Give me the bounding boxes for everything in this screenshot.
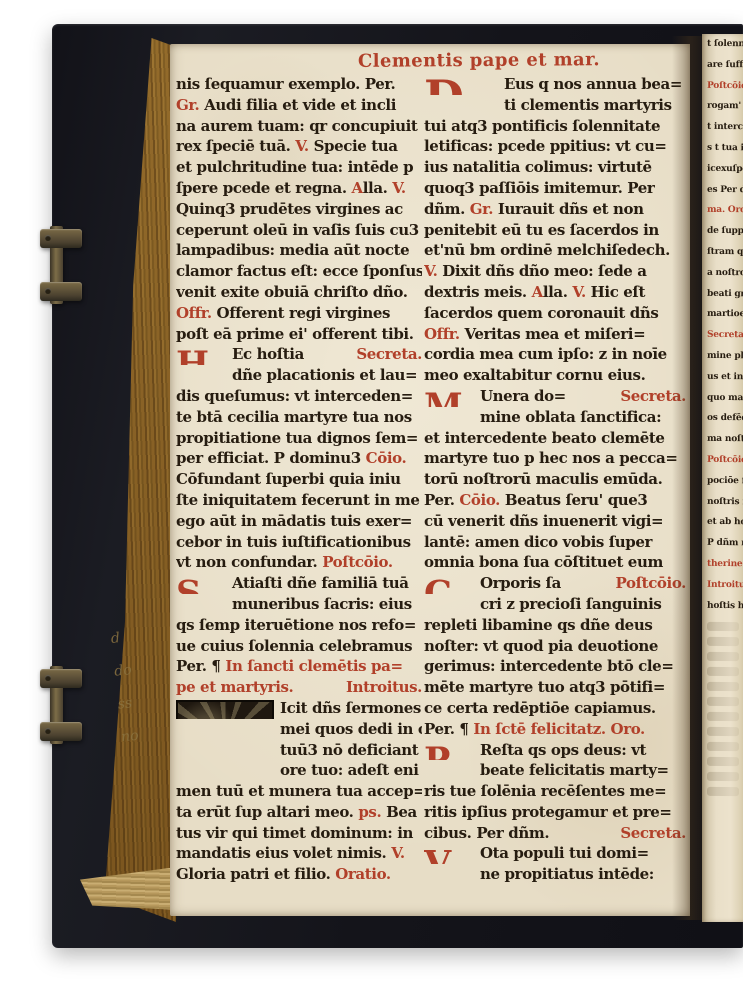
edge-text-fragment bbox=[707, 712, 739, 721]
text-line: Cōfundant ſuperbi quia iniu bbox=[176, 469, 422, 490]
text-line: ius natalitia colimus: virtutē bbox=[424, 157, 686, 178]
text-column-left: nis ſequamur exemplo. Per.Gr. Audi filia… bbox=[176, 74, 422, 894]
text-line: ego aūt in mādatis tuis exer= bbox=[176, 511, 422, 532]
clasp-stud bbox=[45, 728, 51, 734]
text-line: DEus q nos annua bea= bbox=[424, 74, 686, 95]
text-line: ſte iniquitatem fecerunt in me bbox=[176, 490, 422, 511]
edge-text-fragment bbox=[707, 637, 739, 646]
woodcut-initial: D bbox=[176, 700, 274, 719]
text-line: quoq3 paſſiōis imitemur. Per bbox=[424, 178, 686, 199]
running-title: Clementis pape et mar. bbox=[358, 49, 600, 72]
drop-cap-initial: M bbox=[424, 387, 476, 407]
text-line: HEc hoſtiaSecreta. bbox=[176, 344, 422, 365]
text-line: Per. ¶ In ſancti clemētis pa= bbox=[176, 656, 422, 677]
text-line: ue cuius ſolennia celebramus bbox=[176, 636, 422, 657]
edge-text-fragment: ma noſtrum bbox=[702, 429, 743, 450]
text-line: poſt eā prime ei' offerent tibi. bbox=[176, 324, 422, 345]
text-line: cordia mea cum ipſo: z in noīe bbox=[424, 344, 686, 365]
clasp-stud bbox=[45, 288, 51, 294]
edge-text-fragment: are ſuffra= bbox=[702, 55, 743, 76]
drop-cap-initial: V bbox=[424, 844, 476, 864]
edge-text-fragment: de ſupplicatiō= bbox=[702, 221, 743, 242]
text-line: ris tue ſolēnia recēſentes me= bbox=[424, 781, 686, 802]
edge-text-fragment: Secreta. bbox=[702, 325, 743, 346]
text-line: tuū3 nō deficiant de bbox=[176, 740, 422, 761]
text-line: pe et martyris.Introitus. bbox=[176, 677, 422, 698]
edge-text-fragment: icexuſpe= bbox=[702, 159, 743, 180]
edge-text-fragment: t intercedē bbox=[702, 117, 743, 138]
text-line: muneribus ſacris: eius bbox=[176, 594, 422, 615]
edge-text-fragment: quo marty= bbox=[702, 387, 743, 408]
text-line: mēte martyre tuo atq3 pōtifi= bbox=[424, 677, 686, 698]
text-line: lantē: amen dico vobis ſuper bbox=[424, 532, 686, 553]
text-line: noſter: vt quod pia deuotione bbox=[424, 636, 686, 657]
text-line: dis queſumus: vt interceden= bbox=[176, 386, 422, 407]
text-line: Quinq3 prudētes virgines ac bbox=[176, 199, 422, 220]
edge-text-fragment: Poſtcōio. bbox=[702, 450, 743, 471]
text-line: omnia bona ſua cōſtituet eum bbox=[424, 552, 686, 573]
text-line: tui atq3 pontificis ſolennitate bbox=[424, 116, 686, 137]
text-column-right: DEus q nos annua bea=ti clementis martyr… bbox=[424, 74, 686, 894]
text-line: torū noſtrorū maculis emūda. bbox=[424, 469, 686, 490]
edge-text-fragment bbox=[707, 697, 739, 706]
text-line: et'nū bm ordinē melchiſedech. bbox=[424, 240, 686, 261]
text-line: beate felicitatis marty= bbox=[424, 760, 686, 781]
text-line: lampadibus: media aūt nocte bbox=[176, 240, 422, 261]
edge-text-fragment: P dñm nrm. bbox=[702, 533, 743, 554]
text-line: mine oblata ſanctifica: bbox=[424, 407, 686, 428]
clasp-stud bbox=[45, 235, 51, 241]
text-line: DIcit dñs ſermones bbox=[176, 698, 422, 719]
text-line: martyre tuo p hec nos a pecca= bbox=[424, 448, 686, 469]
text-line: SAtiaſti dñe familiā tuā bbox=[176, 573, 422, 594]
text-line: ceperunt oleū in vaſis ſuis cu3 bbox=[176, 220, 422, 241]
edge-text-fragment: martioe lo= bbox=[702, 304, 743, 325]
clasp-bottom bbox=[34, 666, 92, 744]
text-line: nis ſequamur exemplo. Per. bbox=[176, 74, 422, 95]
book-photograph: Clementis pape et mar. nis ſequamur exem… bbox=[0, 0, 743, 1000]
text-line: Offr. Veritas mea et miſeri= bbox=[424, 324, 686, 345]
text-line: ti clementis martyris bbox=[424, 95, 686, 116]
text-line: et intercedente beato clemēte bbox=[424, 428, 686, 449]
edge-text-fragment: therine virg= bbox=[702, 554, 743, 575]
text-line: ce certa redēptiōe capiamus. bbox=[424, 698, 686, 719]
text-line: VOta populi tui domi= bbox=[424, 843, 686, 864]
text-line: et pulchritudine tua: intēde p bbox=[176, 157, 422, 178]
drop-cap-initial: S bbox=[176, 574, 228, 594]
edge-text-fragment: os defēde pe= bbox=[702, 408, 743, 429]
text-line: propitiatione tua dignos ſem= bbox=[176, 428, 422, 449]
text-line: vt non confundar. Poſtcōio. bbox=[176, 552, 422, 573]
text-line: Offr. Offerent regi virgines bbox=[176, 303, 422, 324]
text-line: qs ſemp iteruētione nos refo= bbox=[176, 615, 422, 636]
text-line: rex ſpeciē tuā. V. Specie tua bbox=[176, 136, 422, 157]
text-line: ſacerdos quem coronauit dñs bbox=[424, 303, 686, 324]
text-line: cū venerit dñs inuenerit vigi= bbox=[424, 511, 686, 532]
text-line: COrporis ſaPoſtcōio. bbox=[424, 573, 686, 594]
drop-cap-initial: C bbox=[424, 574, 476, 594]
edge-text-fragment bbox=[707, 622, 739, 631]
edge-text-fragment: rogam' oi bbox=[702, 96, 743, 117]
text-line: ſpere pcede et regna. Alla. V. bbox=[176, 178, 422, 199]
edge-text-fragment bbox=[707, 787, 739, 796]
text-line: mandatis eius volet nimis. V. bbox=[176, 843, 422, 864]
edge-text-fragment bbox=[707, 757, 739, 766]
text-line: venit exite obuiā chriſto dño. bbox=[176, 282, 422, 303]
text-line: Gloria patri et filio. Oratio. bbox=[176, 864, 422, 885]
text-line: cibus. Per dñm.Secreta. bbox=[424, 823, 686, 844]
text-line: men tuū et munera tua accep= bbox=[176, 781, 422, 802]
text-line: mei quos dedi in os bbox=[176, 719, 422, 740]
text-line: Per. ¶ In ſctē felicitatz. Oro. bbox=[424, 719, 686, 740]
drop-cap-initial: H bbox=[176, 345, 228, 365]
edge-text-fragment: es Per dñm bbox=[702, 179, 743, 200]
text-line: repleti libamine qs dñe deus bbox=[424, 615, 686, 636]
text-line: meo exaltabitur cornu eius. bbox=[424, 365, 686, 386]
clasp-arm bbox=[40, 722, 82, 741]
text-line: penitebit eū tu es ſacerdos in bbox=[424, 220, 686, 241]
text-line: Gr. Audi filia et vide et incli bbox=[176, 95, 422, 116]
edge-text-fragment: us et interce bbox=[702, 367, 743, 388]
edge-text-fragment: t ſolennia bbox=[702, 34, 743, 55]
clasp-arm bbox=[40, 229, 82, 248]
marginalia-line: do bbox=[113, 650, 168, 688]
edge-text-fragment: hoſtis hoſthe bbox=[702, 595, 743, 616]
edge-text-fragment bbox=[707, 772, 739, 781]
text-line: ta erūt ſup altari meo. ps. Bea bbox=[176, 802, 422, 823]
text-line: dextris meis. Alla. V. Hic eſt bbox=[424, 282, 686, 303]
text-line: V. Dixit dñs dño meo: ſede a bbox=[424, 261, 686, 282]
text-line: dñe placationis et lau= bbox=[176, 365, 422, 386]
left-page: Clementis pape et mar. nis ſequamur exem… bbox=[170, 44, 690, 916]
edge-text-fragment: a noſtros eſte bbox=[702, 263, 743, 284]
clasp-stud bbox=[45, 675, 51, 681]
text-line: tus vir qui timet dominum: in bbox=[176, 823, 422, 844]
text-line: na aurem tuam: qr concupiuit bbox=[176, 116, 422, 137]
text-line: PReſta qs ops deus: vt bbox=[424, 740, 686, 761]
drop-cap-initial: P bbox=[424, 741, 476, 761]
edge-text-fragment: ſtram qui ce bbox=[702, 242, 743, 263]
edge-text-fragment: et ab hoſtiū li bbox=[702, 512, 743, 533]
edge-text-fragment bbox=[707, 742, 739, 751]
facing-page-edge: t ſolenniaare ſuffra=Poſtcōio.rogam' oit… bbox=[702, 34, 743, 922]
edge-text-fragment: mine placa bbox=[702, 346, 743, 367]
text-line: ore tuo: adeſt eni no bbox=[176, 760, 422, 781]
edge-text-fragment bbox=[707, 682, 739, 691]
text-line: ritis ipſius protegamur et pre= bbox=[424, 802, 686, 823]
edge-text-fragment: s t tua in no= bbox=[702, 138, 743, 159]
text-line: ne propitiatus intēde: bbox=[424, 864, 686, 885]
marginalia-line: d bbox=[109, 618, 164, 656]
marginalia-line: no bbox=[120, 716, 175, 754]
clasp-top bbox=[34, 226, 92, 304]
text-line: Per. Cōio. Beatus ſeru' que3 bbox=[424, 490, 686, 511]
edge-text-fragment: Introitus. bbox=[702, 575, 743, 596]
clasp-arm bbox=[40, 669, 82, 688]
text-line: per efficiat. P dominu3 Cōio. bbox=[176, 448, 422, 469]
edge-text-fragment bbox=[707, 667, 739, 676]
book: Clementis pape et mar. nis ſequamur exem… bbox=[52, 24, 743, 948]
text-line: dñm. Gr. Iurauit dñs et non bbox=[424, 199, 686, 220]
marginalia-line: ss bbox=[116, 683, 171, 721]
text-line: clamor factus eſt: ecce ſponſus bbox=[176, 261, 422, 282]
text-line: cri z precioſi ſanguinis bbox=[424, 594, 686, 615]
drop-cap-initial: D bbox=[424, 75, 500, 95]
edge-text-fragment bbox=[707, 652, 739, 661]
clasp-arm bbox=[40, 282, 82, 301]
edge-text-fragment: pociōe ſacra= bbox=[702, 471, 743, 492]
edge-text-fragment: noſtris mun= bbox=[702, 491, 743, 512]
text-line: MUnera do=Secreta. bbox=[424, 386, 686, 407]
text-line: letificas: pcede ppitius: vt cu= bbox=[424, 136, 686, 157]
text-line: cebor in tuis iuſtificationibus bbox=[176, 532, 422, 553]
gutter-shadow bbox=[672, 36, 706, 920]
edge-text-fragment: beati gregorii bbox=[702, 283, 743, 304]
edge-text-fragment bbox=[707, 727, 739, 736]
edge-text-fragment: ma. Oro. bbox=[702, 200, 743, 221]
text-line: te btā cecilia martyre tua nos bbox=[176, 407, 422, 428]
edge-text-fragment: Poſtcōio. bbox=[702, 75, 743, 96]
text-line: gerimus: intercedente btō cle= bbox=[424, 656, 686, 677]
